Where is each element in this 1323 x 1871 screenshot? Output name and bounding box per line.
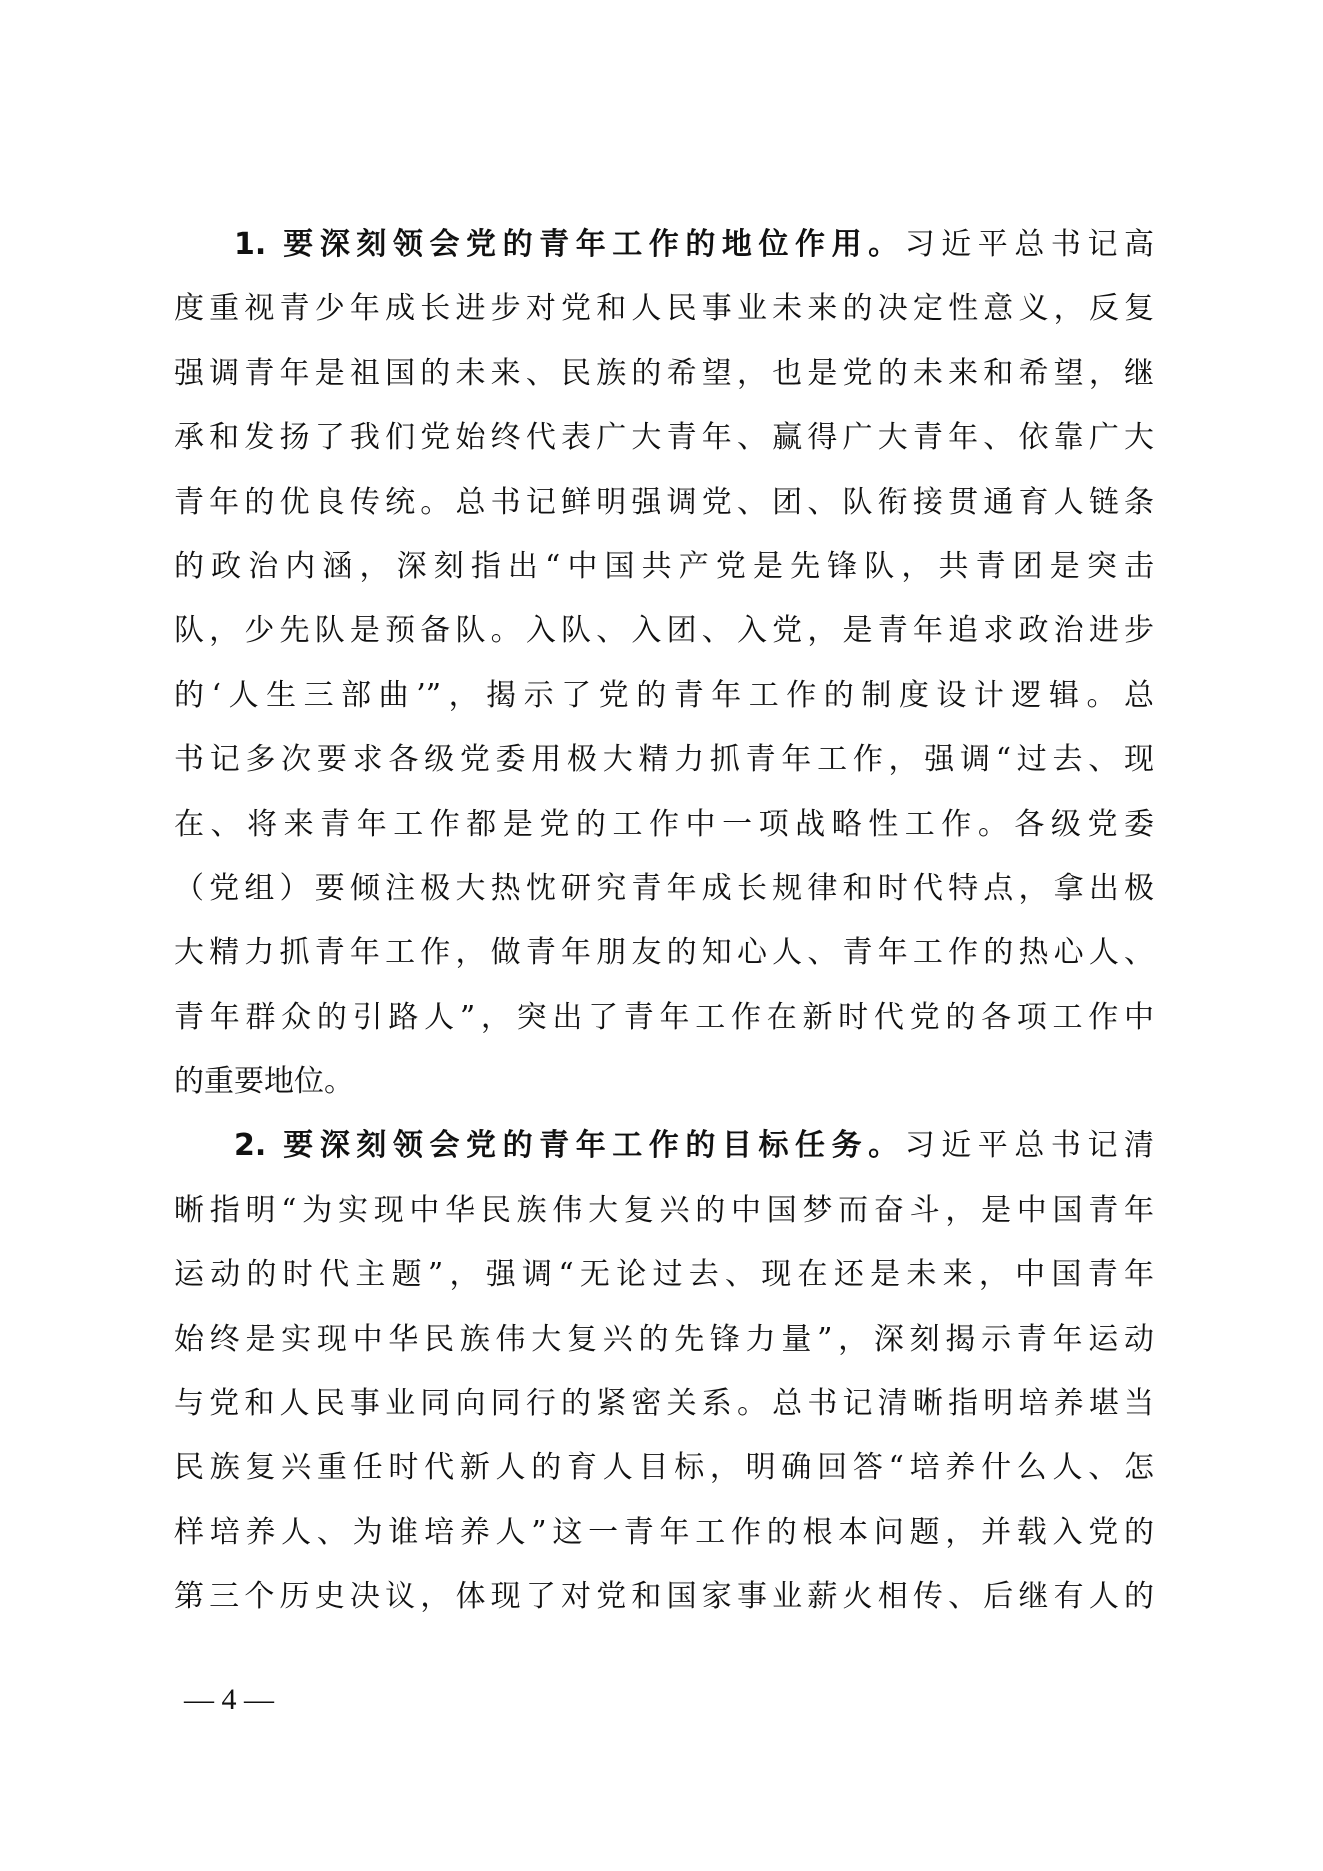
paragraph-1-line-14: 的重要地位。 xyxy=(174,1055,1154,1119)
paragraph-1-line-10: 在、将来青年工作都是党的工作中一项战略性工作。各级党委 xyxy=(174,798,1154,862)
document-page: 1. 要深刻领会党的青年工作的地位作用。习近平总书记高 度重视青少年成长进步对党… xyxy=(0,0,1323,1871)
paragraph-1-line-6: 的政治内涵，深刻指出“中国共产党是先锋队，共青团是突击 xyxy=(174,540,1154,604)
document-body: 1. 要深刻领会党的青年工作的地位作用。习近平总书记高 度重视青少年成长进步对党… xyxy=(174,218,1154,1635)
paragraph-1-line-5: 青年的优良传统。总书记鲜明强调党、团、队衔接贯通育人链条 xyxy=(174,476,1154,540)
paragraph-1-line-1: 1. 要深刻领会党的青年工作的地位作用。习近平总书记高 xyxy=(174,218,1154,282)
paragraph-2-text: 习近平总书记清 xyxy=(905,1128,1154,1163)
paragraph-1-line-2: 度重视青少年成长进步对党和人民事业未来的决定性意义，反复 xyxy=(174,282,1154,346)
paragraph-2-line-2: 晰指明“为实现中华民族伟大复兴的中国梦而奋斗，是中国青年 xyxy=(174,1184,1154,1248)
paragraph-1-text: 习近平总书记高 xyxy=(905,227,1154,262)
paragraph-1-line-9: 书记多次要求各级党委用极大精力抓青年工作，强调“过去、现 xyxy=(174,733,1154,797)
section-heading-1: 1. 要深刻领会党的青年工作的地位作用。 xyxy=(234,227,905,262)
paragraph-1-line-8: 的‘人生三部曲’”，揭示了党的青年工作的制度设计逻辑。总 xyxy=(174,669,1154,733)
paragraph-2-line-8: 第三个历史决议，体现了对党和国家事业薪火相传、后继有人的 xyxy=(174,1570,1154,1634)
paragraph-2-line-3: 运动的时代主题”，强调“无论过去、现在还是未来，中国青年 xyxy=(174,1248,1154,1312)
paragraph-1-line-13: 青年群众的引路人”，突出了青年工作在新时代党的各项工作中 xyxy=(174,991,1154,1055)
paragraph-2-line-4: 始终是实现中华民族伟大复兴的先锋力量”，深刻揭示青年运动 xyxy=(174,1313,1154,1377)
paragraph-2-line-7: 样培养人、为谁培养人”这一青年工作的根本问题，并载入党的 xyxy=(174,1506,1154,1570)
paragraph-1-line-11: （党组）要倾注极大热忱研究青年成长规律和时代特点，拿出极 xyxy=(174,862,1154,926)
paragraph-2-line-5: 与党和人民事业同向同行的紧密关系。总书记清晰指明培养堪当 xyxy=(174,1377,1154,1441)
paragraph-1-line-3: 强调青年是祖国的未来、民族的希望，也是党的未来和希望，继 xyxy=(174,347,1154,411)
paragraph-2-line-6: 民族复兴重任时代新人的育人目标，明确回答“培养什么人、怎 xyxy=(174,1441,1154,1505)
page-number: — 4 — xyxy=(184,1683,274,1717)
paragraph-1-line-4: 承和发扬了我们党始终代表广大青年、赢得广大青年、依靠广大 xyxy=(174,411,1154,475)
section-heading-2: 2. 要深刻领会党的青年工作的目标任务。 xyxy=(234,1128,905,1163)
paragraph-1-line-7: 队，少先队是预备队。入队、入团、入党，是青年追求政治进步 xyxy=(174,604,1154,668)
paragraph-2-line-1: 2. 要深刻领会党的青年工作的目标任务。习近平总书记清 xyxy=(174,1119,1154,1183)
paragraph-1-line-12: 大精力抓青年工作，做青年朋友的知心人、青年工作的热心人、 xyxy=(174,926,1154,990)
